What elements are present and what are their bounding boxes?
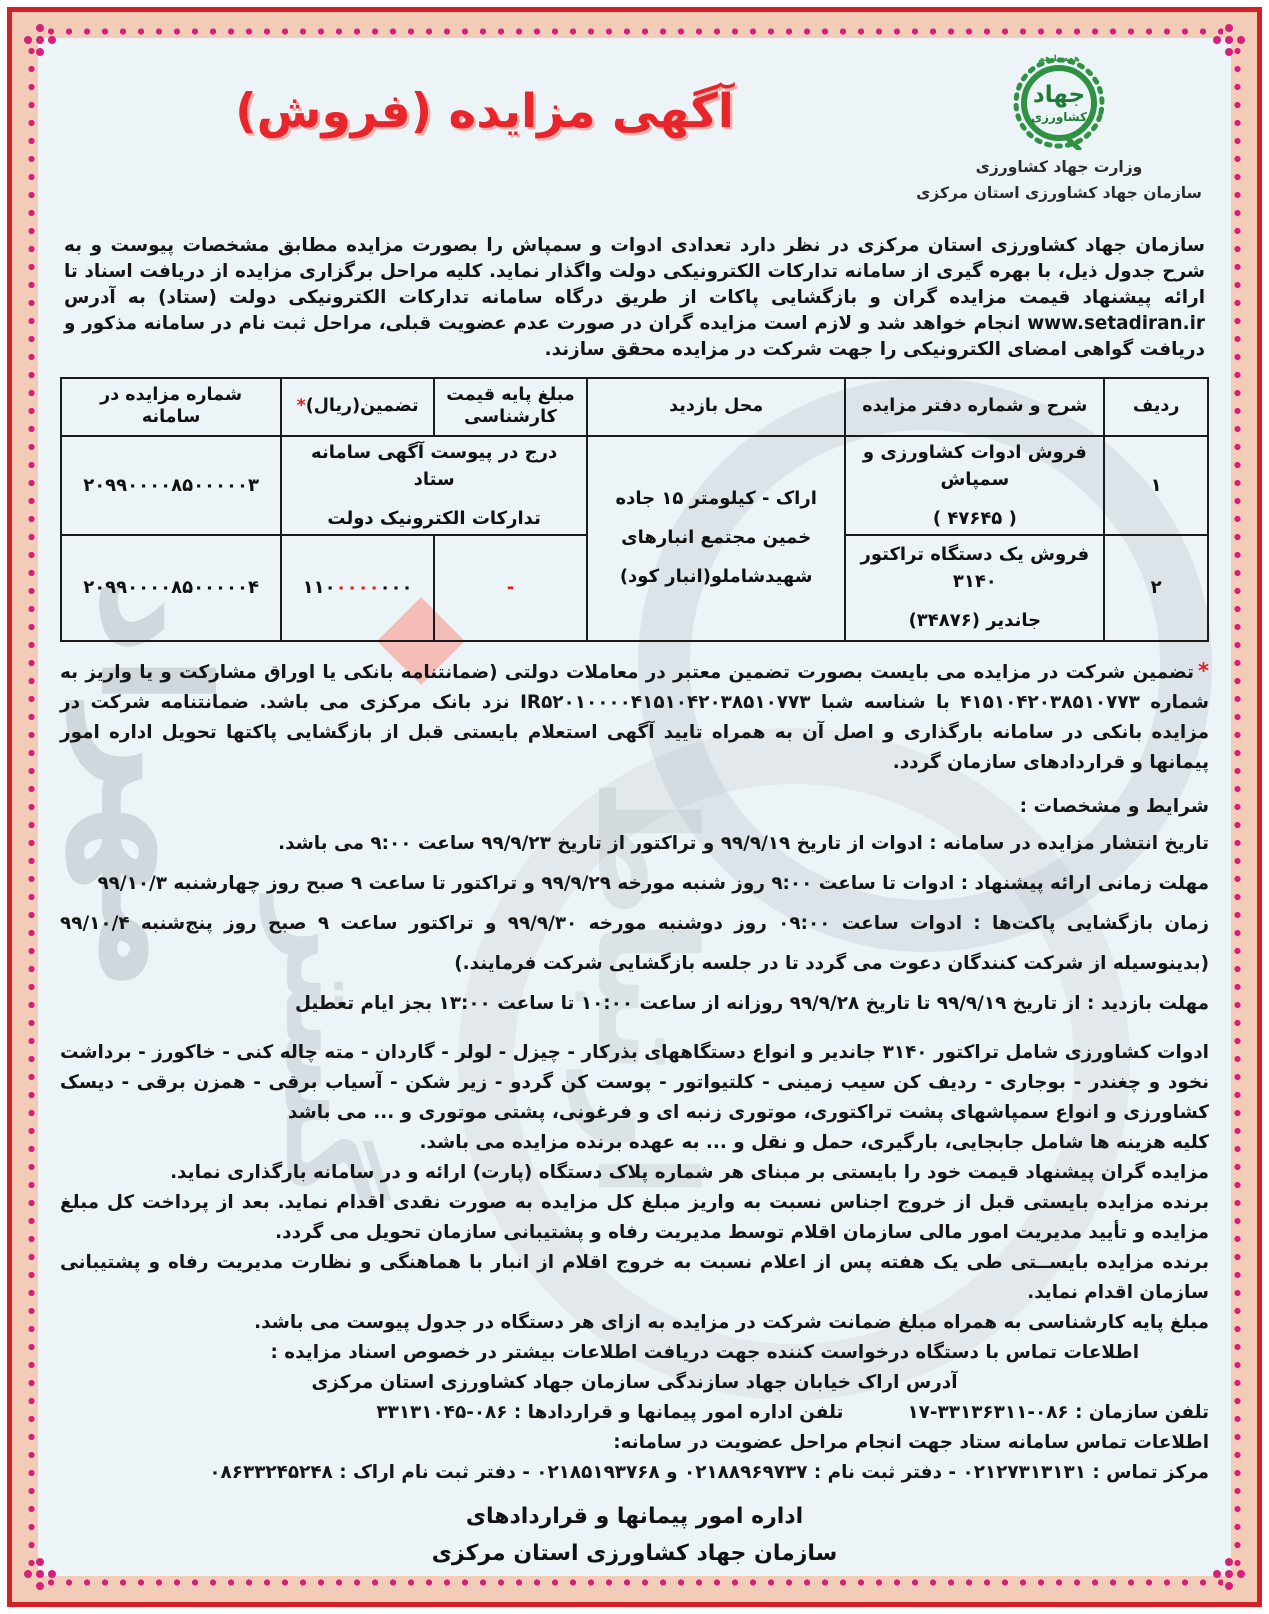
corner-ornament	[1225, 36, 1233, 44]
page-title: آگهی مزایده (فروش)	[235, 84, 734, 139]
logo-top-text: همه با هم	[1038, 54, 1080, 64]
costs-line: کلیه هزینه ها شامل جابجایی، بارگیری، حمل…	[60, 1128, 1209, 1158]
organization-name: سازمان جهاد کشاورزی استان مرکزی	[909, 180, 1209, 206]
table-row: ۱ فروش ادوات کشاورزی و سمپاش ( ۴۷۶۴۵ ) ا…	[61, 436, 1208, 535]
dotted-border-left	[27, 46, 36, 1568]
guarantee-label: تضمین(ریال)	[306, 396, 419, 416]
dotted-border-bottom	[46, 1578, 1223, 1587]
col-description: شرح و شماره دفتر مزایده	[845, 378, 1104, 436]
dotted-border-top	[46, 27, 1223, 36]
col-row-no: ردیف	[1104, 378, 1208, 436]
guarantee-star: *	[297, 396, 306, 416]
advertisement-frame: مهراد گستر ارتباط همه با هم جهاد کشاورزی…	[7, 7, 1262, 1607]
pricing-line: مزایده گران پیشنهاد قیمت خود را بایستی ب…	[60, 1158, 1209, 1188]
row1-desc-line2: ( ۴۷۶۴۵ )	[852, 505, 1097, 532]
page-body: مهراد گستر ارتباط همه با هم جهاد کشاورزی…	[38, 38, 1231, 1576]
row1-price-note: درج در پیوست آگهی سامانه ستاد تدارکات ال…	[281, 436, 587, 535]
row2-no: ۲	[1104, 535, 1208, 641]
row2-base-price: -	[434, 535, 587, 641]
row1-desc-line1: فروش ادوات کشاورزی و سمپاش	[852, 439, 1097, 493]
conditions-title: شرایط و مشخصات :	[60, 790, 1209, 824]
row2-desc-line2: جاندیر (۳۴۸۷۶)	[852, 607, 1097, 634]
row2-auction-no: ۲۰۹۹۰۰۰۰۸۵۰۰۰۰۰۴	[61, 535, 281, 641]
offer-deadline-line: مهلت زمانی ارائه پیشنهاد : ادوات تا ساعت…	[60, 864, 1209, 904]
row1-description: فروش ادوات کشاورزی و سمپاش ( ۴۷۶۴۵ )	[845, 436, 1104, 535]
logo-sub-text: کشاورزی	[1031, 110, 1087, 125]
corner-ornament	[1225, 1570, 1233, 1578]
table-header-row: ردیف شرح و شماره دفتر مزایده محل بازدید …	[61, 378, 1208, 436]
contracts-phone: تلفن اداره امور پیمانها و قراردادها : ۰۸…	[376, 1402, 843, 1423]
contact-info-line: اطلاعات تماس با دستگاه درخواست کننده جهت…	[60, 1338, 1209, 1368]
publish-date-line: تاریخ انتشار مزایده در سامانه : ادوات از…	[60, 824, 1209, 864]
base-amount-line: مبلغ پایه کارشناسی به همراه مبلغ ضمانت ش…	[60, 1308, 1209, 1338]
signature-block: اداره امور پیمانها و قراردادهای سازمان ج…	[60, 1498, 1209, 1572]
guarantee-digits: ۱۱۰	[303, 577, 336, 598]
col-guarantee: تضمین(ریال)*	[281, 378, 434, 436]
signature-office: اداره امور پیمانها و قراردادهای	[60, 1498, 1209, 1535]
row2-guarantee: ۱۱۰۰۰۰۰۰۰۰	[281, 535, 434, 641]
org-phone: تلفن سازمان : ۰۸۶-۳۳۱۳۶۳۱۱-۱۷	[907, 1402, 1209, 1423]
setad-contact-line: اطلاعات تماس سامانه ستاد جهت انجام مراحل…	[60, 1428, 1209, 1458]
address-line: آدرس اراک خیابان جهاد سازندگی سازمان جها…	[60, 1368, 1209, 1398]
auction-table: ردیف شرح و شماره دفتر مزایده محل بازدید …	[60, 377, 1209, 642]
ministry-name: وزارت جهاد کشاورزی	[909, 154, 1209, 180]
title-wrap: آگهی مزایده (فروش)	[60, 42, 909, 139]
guarantee-note-text: تضمین شرکت در مزایده می بایست بصورت تضمی…	[60, 662, 1209, 773]
jahad-keshavarzi-logo: همه با هم جهاد کشاورزی	[1007, 46, 1111, 150]
corner-ornament	[36, 1570, 44, 1578]
guarantee-note: *تضمین شرکت در مزایده می بایست بصورت تضم…	[60, 656, 1209, 778]
dotted-border-right	[1233, 46, 1242, 1568]
col-location: محل بازدید	[587, 378, 845, 436]
logo-main-text: جهاد	[1033, 82, 1085, 108]
visit-location-cell: اراک - کیلومتر ۱۵ جاده خمین مجتمع انباره…	[587, 436, 845, 641]
intro-paragraph: سازمان جهاد کشاورزی استان مرکزی در نظر د…	[64, 233, 1205, 363]
logo-block: همه با هم جهاد کشاورزی وزارت جهاد کشاورز…	[909, 42, 1209, 207]
phones-line: تلفن سازمان : ۰۸۶-۳۳۱۳۶۳۱۱-۱۷تلفن اداره …	[60, 1398, 1209, 1428]
row1-no: ۱	[1104, 436, 1208, 535]
equipment-list: ادوات کشاورزی شامل تراکتور ۳۱۴۰ جاندیر و…	[60, 1038, 1209, 1128]
signature-organization: سازمان جهاد کشاورزی استان مرکزی	[60, 1535, 1209, 1572]
winner-payment-line: برنده مزایده بایستی قبل از خروج اجناس نس…	[60, 1188, 1209, 1248]
row2-desc-line1: فروش یک دستگاه تراکتور ۳۱۴۰	[852, 541, 1097, 595]
guarantee-digits-red: ۰۰۰۰	[336, 577, 380, 598]
asterisk-mark: *	[1198, 659, 1209, 683]
envelope-opening-line: زمان بازگشایی پاکت‌ها : ادوات ساعت ۰۹:۰۰…	[60, 904, 1209, 984]
row1-note-line2: تدارکات الکترونیک دولت	[288, 505, 580, 532]
call-center-line: مرکز تماس : ۰۲۱۲۷۳۱۳۱۳۱ - دفتر ثبت نام :…	[60, 1458, 1209, 1488]
row1-auction-no: ۲۰۹۹۰۰۰۰۸۵۰۰۰۰۰۳	[61, 436, 281, 535]
visit-period-line: مهلت بازدید : از تاریخ ۹۹/۹/۱۹ تا تاریخ …	[60, 984, 1209, 1024]
col-auction-no: شماره مزایده در سامانه	[61, 378, 281, 436]
row1-note-line1: درج در پیوست آگهی سامانه ستاد	[288, 439, 580, 493]
content: همه با هم جهاد کشاورزی وزارت جهاد کشاورز…	[38, 38, 1231, 1576]
corner-ornament	[36, 36, 44, 44]
guarantee-digits: ۰۰۰	[380, 577, 413, 598]
header: همه با هم جهاد کشاورزی وزارت جهاد کشاورز…	[60, 42, 1209, 207]
col-base-price: مبلغ پایه قیمت کارشناسی	[434, 378, 587, 436]
row2-description: فروش یک دستگاه تراکتور ۳۱۴۰ جاندیر (۳۴۸۷…	[845, 535, 1104, 641]
winner-exit-line: برنده مزایده بایســتی طی یک هفته پس از ا…	[60, 1248, 1209, 1308]
